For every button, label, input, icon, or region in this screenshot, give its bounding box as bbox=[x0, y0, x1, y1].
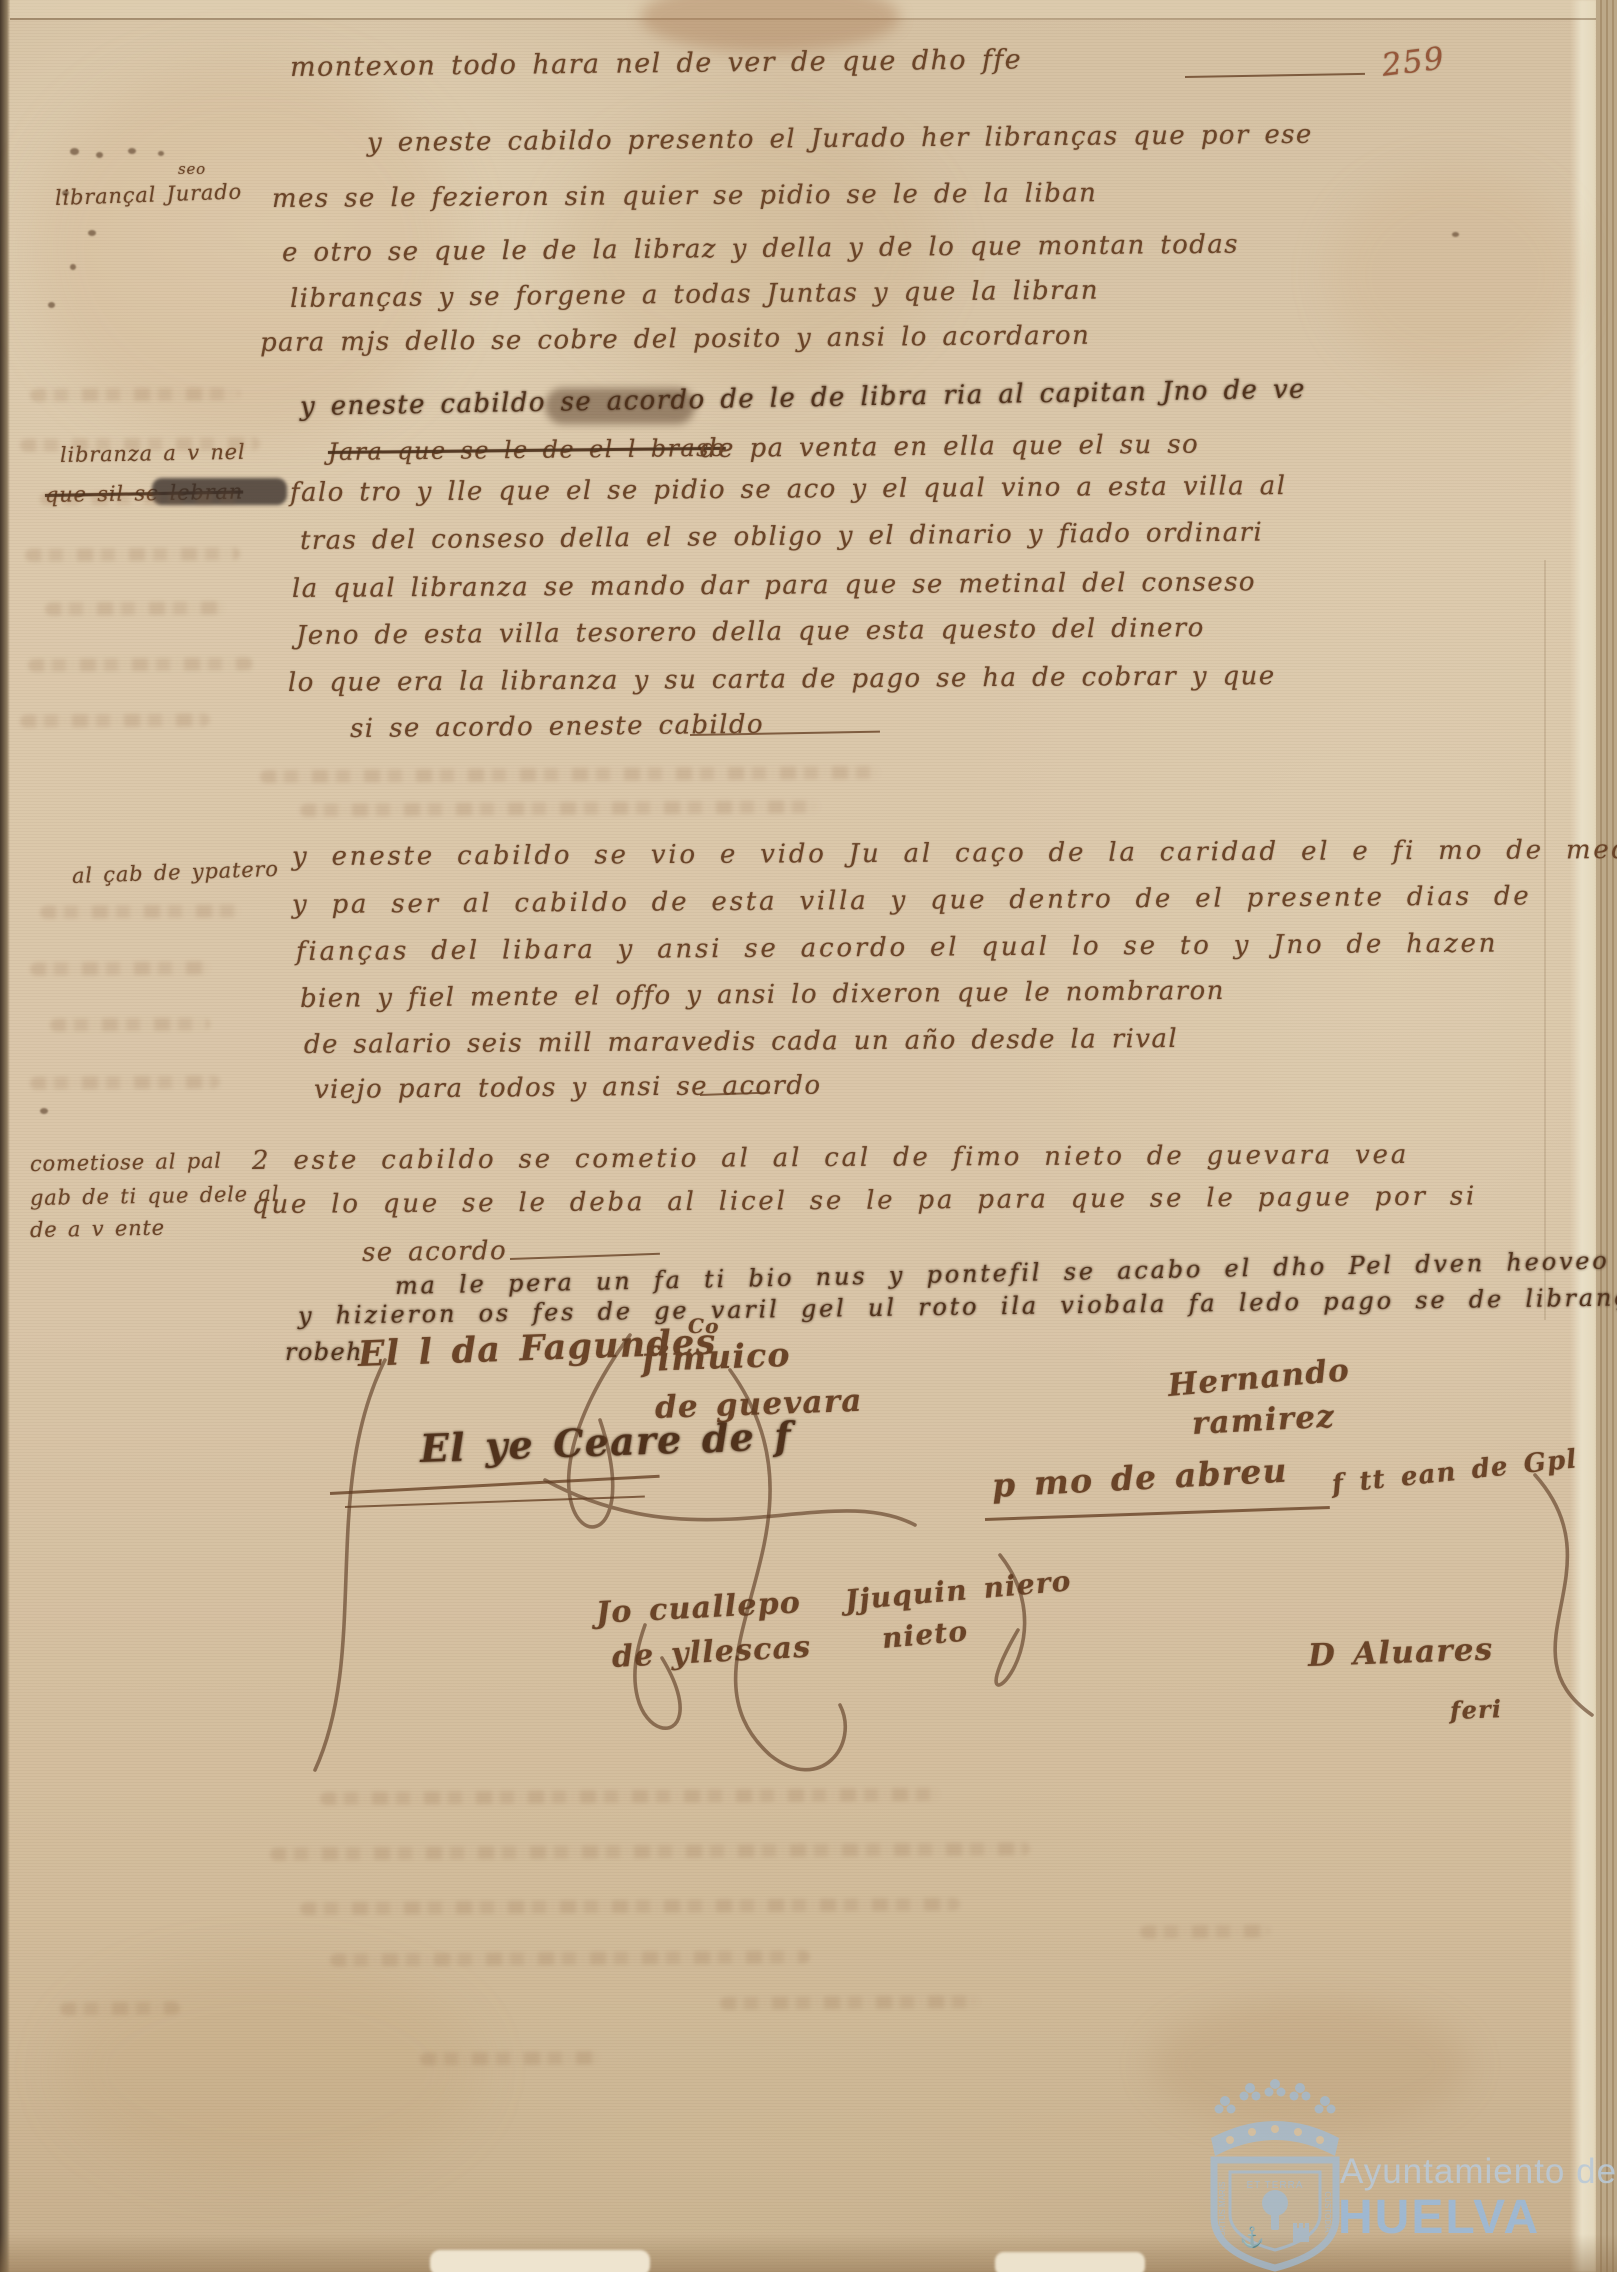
flourish-fagundes bbox=[315, 1360, 385, 1770]
ink-speck bbox=[48, 302, 55, 308]
tower-icon bbox=[1293, 2223, 1309, 2242]
paragraph-3-line-2: y pa ser al cabildo de esta villa y que … bbox=[292, 881, 1532, 920]
right-binding-strip bbox=[1596, 0, 1617, 2272]
bleed-through-ghost bbox=[720, 1995, 980, 2010]
bleed-through-ghost bbox=[30, 387, 240, 401]
flourish-nieto bbox=[996, 1555, 1025, 1685]
top-crease-line bbox=[10, 18, 1596, 20]
paragraph-2-line-3: falo tro y lle que el se pidio se aco y … bbox=[290, 471, 1287, 508]
bleed-through-ghost bbox=[50, 1017, 210, 1031]
bleed-through-ghost bbox=[420, 2051, 600, 2065]
bleed-through-ghost bbox=[1140, 1925, 1270, 1939]
paragraph-1-line-5: para mjs dello se cobre del posito y ans… bbox=[260, 321, 1090, 358]
margin-note-1: librançal Jurado bbox=[55, 179, 243, 210]
manuscript-page: montexon todo hara nel de ver de que dho… bbox=[0, 0, 1617, 2272]
heading-line: montexon todo hara nel de ver de que dho… bbox=[290, 44, 1022, 83]
ink-speck bbox=[40, 1108, 48, 1114]
bottom-chip-left bbox=[430, 2250, 650, 2272]
paragraph-3-line-6: viejo para todos y ansi se acordo bbox=[314, 1071, 822, 1105]
margin-note-4a: cometiose al pal bbox=[30, 1149, 222, 1176]
flourish-gpl bbox=[1535, 1475, 1592, 1715]
ink-speck bbox=[128, 148, 136, 154]
paragraph-3-line-3: fianças del libara y ansi se acordo el q… bbox=[296, 929, 1498, 967]
paragraph-2-line-8: si se acordo eneste cabildo bbox=[350, 710, 764, 744]
heading-dash bbox=[1185, 73, 1365, 78]
paragraph-1-line-1: y eneste cabildo presento el Jurado her … bbox=[367, 120, 1313, 158]
right-torn-edge bbox=[1570, 0, 1596, 2272]
watermark-city: HUELVA bbox=[1338, 2190, 1540, 2245]
paragraph-2-line-1: y eneste cabildo se acordo de le de libr… bbox=[300, 374, 1306, 422]
ink-speck bbox=[88, 230, 96, 236]
paragraph-2-line-6: Jeno de esta villa tesorero della que es… bbox=[296, 613, 1205, 651]
paragraph-1-line-4: libranças y se forgene a todas Juntas y … bbox=[290, 276, 1099, 314]
bleed-through-ghost bbox=[330, 1950, 810, 1966]
paragraph-4-line-1: 2 este cabildo se cometio al al cal de f… bbox=[252, 1140, 1409, 1176]
huelva-crest-watermark: ET TERRA PORTUS MARIS CUSTODIA ⚓ bbox=[1198, 2062, 1353, 2272]
top-margin-strip bbox=[10, 0, 1596, 18]
margin-note-4b: gab de ti que dele al bbox=[30, 1182, 280, 1210]
paragraph-4-line-3: se acordo bbox=[362, 1236, 507, 1268]
bleed-through-ghost bbox=[270, 1842, 1030, 1860]
paragraph-2-line-7: lo que era la libranza y su carta de pag… bbox=[288, 661, 1276, 698]
bleed-through-ghost bbox=[60, 2002, 180, 2016]
bleed-through-ghost bbox=[40, 904, 240, 918]
ink-speck bbox=[1452, 232, 1459, 237]
margin-superscript-1: seo bbox=[178, 160, 206, 178]
acordado-dash-3 bbox=[510, 1253, 660, 1260]
left-page-edge bbox=[0, 0, 10, 2272]
signature-flourishes bbox=[300, 1330, 1600, 1800]
flourish-yllescas bbox=[635, 1625, 680, 1728]
bleed-through-ghost bbox=[28, 657, 253, 672]
flourish-guevara bbox=[730, 1370, 845, 1770]
right-fold-crease bbox=[1544, 560, 1546, 1320]
folio-number: 259 bbox=[1380, 40, 1447, 83]
ink-speck bbox=[62, 190, 69, 196]
motto-right: CUSTODIA bbox=[1323, 2191, 1332, 2233]
paragraph-3-line-1: y eneste cabildo se vio e vido Ju al caç… bbox=[292, 835, 1617, 872]
struck-text: Jara que se le de el l braso bbox=[328, 434, 726, 466]
motto-top: ET TERRA bbox=[1246, 2180, 1303, 2191]
bleed-through-ghost bbox=[45, 601, 225, 615]
paragraph-2-line-2: de pa venta en ella que el su so bbox=[700, 430, 1199, 464]
watermark-organization: Ayuntamiento de bbox=[1340, 2152, 1617, 2192]
stain bbox=[60, 1960, 480, 2180]
paragraph-1-line-2: mes se le fezieron sin quier se pidio se… bbox=[272, 178, 1097, 214]
stain bbox=[640, 0, 900, 52]
motto-left: PORTUS MARIS bbox=[1218, 2182, 1227, 2243]
bleed-through-ghost bbox=[30, 1075, 220, 1089]
ink-speck bbox=[70, 148, 79, 155]
paragraph-3-line-5: de salario seis mill maravedis cada un a… bbox=[304, 1024, 1178, 1060]
bleed-through-ghost bbox=[300, 800, 820, 817]
paragraph-2-line-4: tras del conseso della el se obligo y el… bbox=[300, 518, 1263, 556]
paragraph-4-line-2: que lo que se le deba al licel se le pa … bbox=[252, 1181, 1477, 1220]
bleed-through-ghost bbox=[260, 766, 880, 783]
margin-note-2: libranza a v nel bbox=[60, 440, 246, 467]
paragraph-2-line-5: la qual libranza se mando dar para que s… bbox=[292, 567, 1256, 604]
ink-blot bbox=[152, 478, 287, 505]
ink-speck bbox=[158, 151, 164, 156]
flourish-rubric-x bbox=[545, 1335, 915, 1527]
paragraph-1-line-3: e otro se que le de la libraz y della y … bbox=[282, 230, 1239, 268]
bleed-through-ghost bbox=[25, 547, 240, 562]
paragraph-3-line-4: bien y fiel mente el offo y ansi lo dixe… bbox=[300, 976, 1225, 1014]
bleed-through-ghost bbox=[300, 1898, 960, 1916]
margin-note-4c: de a v ente bbox=[30, 1216, 165, 1242]
stain bbox=[1330, 170, 1580, 380]
margin-note-3: al çab de ypatero bbox=[72, 857, 280, 888]
ink-speck bbox=[70, 264, 76, 270]
bleed-through-ghost bbox=[20, 713, 210, 727]
bleed-through-ghost bbox=[30, 961, 210, 975]
anchor-icon: ⚓ bbox=[1240, 2225, 1265, 2249]
crown-merlons bbox=[1215, 2079, 1336, 2114]
bottom-chip-right bbox=[995, 2252, 1145, 2272]
ink-speck bbox=[96, 152, 103, 158]
